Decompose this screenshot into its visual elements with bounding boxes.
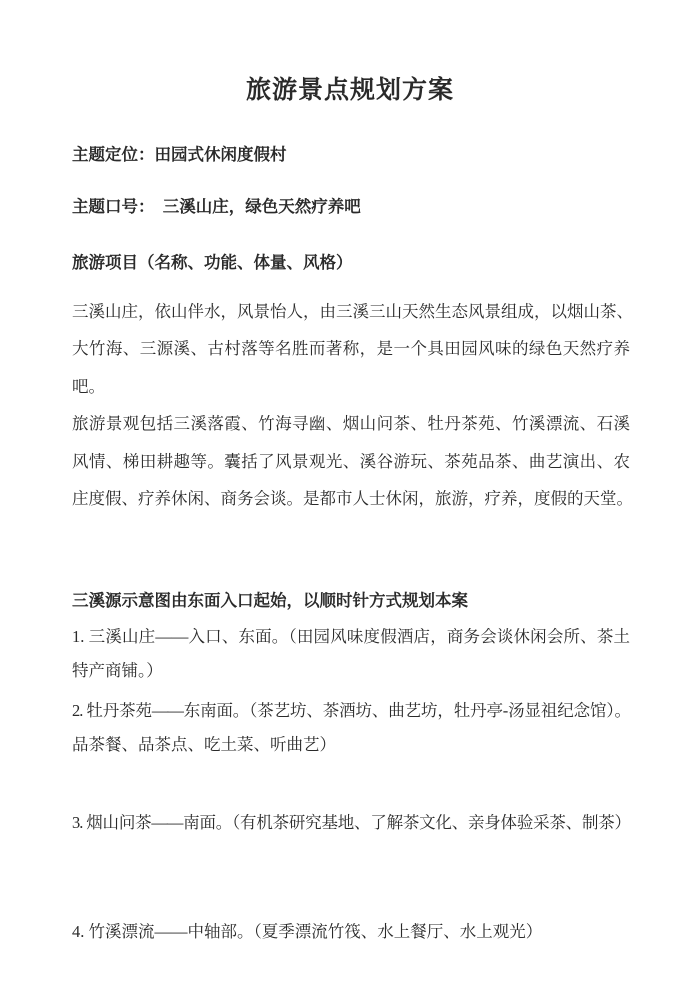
intro-paragraph-line-1: 三溪山庄，依山伴水，风景怡人，由三溪三山天然生态风景组成，以烟山茶、 — [72, 301, 630, 323]
intro-paragraph-line-5: 风情、梯田耕趣等。囊括了风景观光、溪谷游玩、茶苑品茶、曲艺演出、农 — [72, 451, 630, 473]
document-page: 旅游景点规划方案 主题定位：田园式休闲度假村 主题口号： 三溪山庄，绿色天然疗养… — [0, 0, 700, 990]
plan-item-1-line-2: 特产商铺。） — [72, 660, 630, 682]
theme-positioning-heading: 主题定位：田园式休闲度假村 — [72, 144, 630, 166]
intro-paragraph-line-6: 庄度假、疗养休闲、商务会谈。是都市人士休闲，旅游，疗养，度假的天堂。 — [72, 488, 630, 510]
plan-item-2-line-2: 品茶餐、品茶点、吃土菜、听曲艺） — [72, 734, 630, 756]
plan-section-heading: 三溪源示意图由东面入口起始，以顺时针方式规划本案 — [72, 590, 630, 612]
plan-item-1-line-1: 1. 三溪山庄——入口、东面。（田园风味度假酒店，商务会谈休闲会所、茶土 — [72, 626, 630, 648]
plan-item-4-line: 4. 竹溪漂流——中轴部。（夏季漂流竹筏、水上餐厅、水上观光） — [72, 921, 630, 943]
intro-paragraph-line-2: 大竹海、三源溪、古村落等名胜而著称，是一个具田园风味的绿色天然疗养 — [72, 338, 630, 360]
projects-heading: 旅游项目（名称、功能、体量、风格） — [72, 252, 630, 274]
theme-slogan-heading: 主题口号： 三溪山庄，绿色天然疗养吧 — [72, 196, 630, 218]
plan-item-2-line-1: 2. 牡丹茶苑——东南面。（茶艺坊、茶酒坊、曲艺坊，牡丹亭-汤显祖纪念馆）。 — [72, 700, 630, 722]
plan-item-3-line: 3. 烟山问茶——南面。（有机茶研究基地、了解茶文化、亲身体验采茶、制茶） — [72, 812, 630, 834]
document-title: 旅游景点规划方案 — [0, 74, 700, 108]
intro-paragraph-line-4: 旅游景观包括三溪落霞、竹海寻幽、烟山问茶、牡丹茶苑、竹溪漂流、石溪 — [72, 413, 630, 435]
intro-paragraph-line-3: 吧。 — [72, 376, 630, 398]
